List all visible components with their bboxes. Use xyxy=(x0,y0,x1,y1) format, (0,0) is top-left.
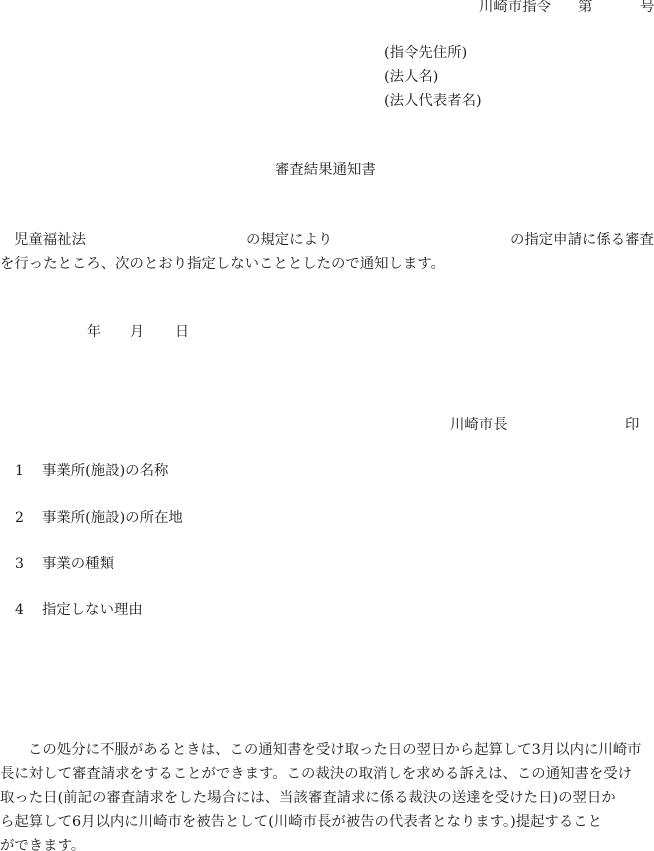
item-number: 2 xyxy=(15,511,24,525)
item-label: 事業所(施設)の所在地 xyxy=(42,511,183,525)
item-number: 4 xyxy=(15,603,24,617)
notice-line: 長に対して審査請求をすることができます。この裁決の取消しを求める訴えは、この通知… xyxy=(0,762,654,786)
number-suffix: 号 xyxy=(640,0,654,14)
document-title: 審査結果通知書 xyxy=(275,163,376,177)
body-provision: の規定により xyxy=(246,233,332,247)
signature-title: 川崎市長 xyxy=(450,418,508,432)
item-number: 1 xyxy=(15,464,24,478)
seal-mark: 印 xyxy=(625,418,639,432)
appeal-notice: この処分に不服があるときは、この通知書を受け取った日の翌日から起算して3月以内に… xyxy=(0,738,654,851)
notice-line: この処分に不服があるときは、この通知書を受け取った日の翌日から起算して3月以内に… xyxy=(0,738,654,762)
date-month: 月 xyxy=(130,325,144,339)
item-label: 事業の種類 xyxy=(42,557,114,571)
date-year: 年 xyxy=(87,325,101,339)
notice-line: ら起算して6月以内に川崎市を被告として(川崎市長が被告の代表者となります。)提起… xyxy=(0,810,654,834)
body-application: の指定申請に係る審査 xyxy=(510,233,654,247)
item-label: 事業所(施設)の名称 xyxy=(42,464,168,478)
item-number: 3 xyxy=(15,557,24,571)
notice-line: ができます。 xyxy=(0,834,654,851)
issuer-number-prefix: 川崎市指令 xyxy=(479,0,551,14)
notice-line: 取った日(前記の審査請求をした場合には、当該審査請求に係る裁決の送達を受けた日)… xyxy=(0,786,654,810)
addressee-corp-name: (法人名) xyxy=(384,70,438,84)
item-label: 指定しない理由 xyxy=(42,603,143,617)
addressee-address: (指令先住所) xyxy=(384,46,467,60)
addressee-representative: (法人代表者名) xyxy=(384,94,482,108)
body-line2: を行ったところ、次のとおり指定しないこととしたので通知します。 xyxy=(0,257,445,271)
date-day: 日 xyxy=(175,325,189,339)
body-law: 児童福祉法 xyxy=(14,233,86,247)
number-label: 第 xyxy=(578,0,592,14)
